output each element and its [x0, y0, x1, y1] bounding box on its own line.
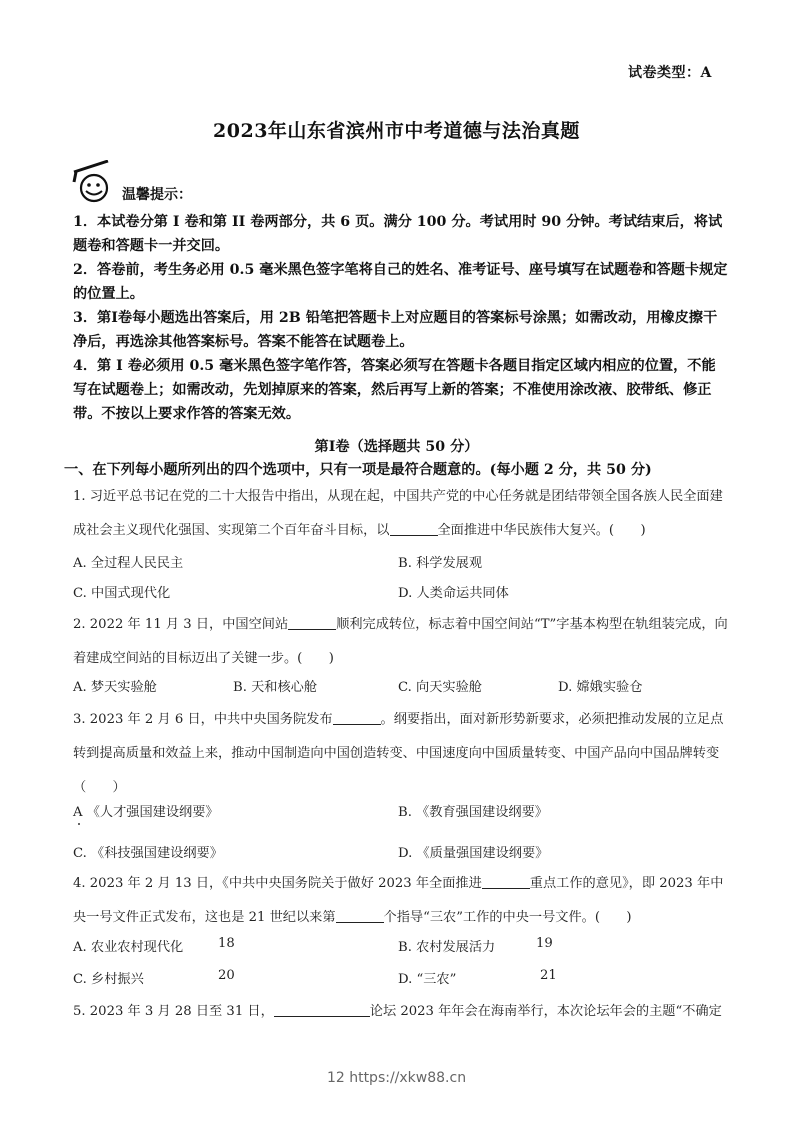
option-a[interactable]: A. 全过程人民民主: [73, 552, 183, 571]
option-value: 20: [218, 968, 235, 983]
question-stem: 论坛 2023 年年会在海南举行，本次论坛年会的主题“不确定: [370, 1004, 722, 1019]
option-d[interactable]: D. “三农”21: [398, 968, 456, 987]
notice-item: 4．第 I 卷必须用 0.5 毫米黑色签字笔作答，答案必须写在答题卡各题目指定区…: [73, 354, 728, 426]
option-value: 21: [540, 968, 557, 983]
notice-list: 1．本试卷分第 I 卷和第 II 卷两部分，共 6 页。满分 100 分。考试用…: [73, 210, 728, 426]
option-a[interactable]: A 《人才强国建设纲要》: [73, 801, 219, 820]
smiley-graduate-icon: [68, 160, 124, 206]
question-number: 2.: [73, 617, 86, 632]
option-c[interactable]: C. 向天实验舱: [398, 676, 482, 695]
answer-blank: [390, 521, 438, 536]
question-number: 4.: [73, 876, 86, 891]
question-3: 3. 2023 年 2 月 6 日，中共中央国务院发布。纲要指出，面对新形势新要…: [73, 703, 733, 805]
option-d[interactable]: D. 嫦娥实验仓: [558, 676, 642, 695]
option-label: A. 农业农村现代化: [73, 940, 183, 955]
option-b[interactable]: B. 天和核心舱: [233, 676, 317, 695]
page-title: 2023年山东省滨州市中考道德与法治真题: [0, 116, 793, 143]
option-b[interactable]: B. 《教育强国建设纲要》: [398, 801, 548, 820]
exam-type-label: 试卷类型：A: [628, 62, 712, 82]
question-stem: 全面推进中华民族伟大复兴。( ): [438, 523, 646, 538]
option-c[interactable]: C. 中国式现代化: [73, 582, 170, 601]
question-stem: 2023 年 2 月 13 日，《中共中央国务院关于做好 2023 年全面推进: [90, 876, 482, 891]
notice-item: 1．本试卷分第 I 卷和第 II 卷两部分，共 6 页。满分 100 分。考试用…: [73, 210, 728, 258]
option-c[interactable]: C. 乡村振兴20: [73, 968, 144, 987]
answer-blank: [333, 710, 381, 725]
option-label: C. 乡村振兴: [73, 972, 144, 987]
question-number: 3.: [73, 712, 86, 727]
option-value: 18: [218, 936, 235, 951]
option-label: D. “三农”: [398, 972, 456, 987]
option-b[interactable]: B. 农村发展活力19: [398, 936, 495, 955]
option-a[interactable]: A. 梦天实验舱: [73, 676, 157, 695]
option-label: B. 农村发展活力: [398, 940, 495, 955]
question-stem: 个指导“三农”工作的中央一号文件。( ): [384, 910, 632, 925]
page-footer: 12 https://xkw88.cn: [0, 1070, 793, 1086]
notice-item: 2．答卷前，考生务必用 0.5 毫米黑色签字笔将自己的姓名、准考证号、座号填写在…: [73, 258, 728, 306]
question-stem: 2022 年 11 月 3 日，中国空间站: [90, 617, 288, 632]
option-b[interactable]: B. 科学发展观: [398, 552, 482, 571]
option-value: 19: [536, 936, 553, 951]
notice-item: 3．第Ⅰ卷每小题选出答案后，用 2B 铅笔把答题卡上对应题目的答案标号涂黑；如需…: [73, 306, 728, 354]
section-title: 第Ⅰ卷（选择题共 50 分）: [0, 436, 793, 456]
question-stem: 2023 年 2 月 6 日，中共中央国务院发布: [90, 712, 333, 727]
option-c[interactable]: C. 《科技强国建设纲要》: [73, 842, 223, 861]
question-4: 4. 2023 年 2 月 13 日，《中共中央国务院关于做好 2023 年全面…: [73, 867, 733, 935]
answer-blank: [288, 615, 336, 630]
part-title: 一、在下列每小题所列出的四个选项中，只有一项是最符合题意的。(每小题 2 分，共…: [64, 459, 744, 479]
answer-blank: [482, 874, 530, 889]
option-d[interactable]: D. 人类命运共同体: [398, 582, 509, 601]
question-2: 2. 2022 年 11 月 3 日，中国空间站顺利完成转位，标志着中国空间站“…: [73, 608, 733, 676]
question-5: 5. 2023 年 3 月 28 日至 31 日，论坛 2023 年年会在海南举…: [73, 995, 733, 1029]
stray-mark: [78, 823, 80, 825]
option-d[interactable]: D. 《质量强国建设纲要》: [398, 842, 548, 861]
question-number: 5.: [73, 1004, 86, 1019]
question-1: 1. 习近平总书记在党的二十大报告中指出，从现在起，中国共产党的中心任务就是团结…: [73, 480, 733, 548]
tips-label: 温馨提示：: [122, 184, 192, 204]
question-stem: 2023 年 3 月 28 日至 31 日，: [90, 1004, 274, 1019]
option-a[interactable]: A. 农业农村现代化18: [73, 936, 183, 955]
answer-blank: [274, 1002, 370, 1017]
answer-blank: [336, 908, 384, 923]
question-number: 1.: [73, 489, 86, 504]
